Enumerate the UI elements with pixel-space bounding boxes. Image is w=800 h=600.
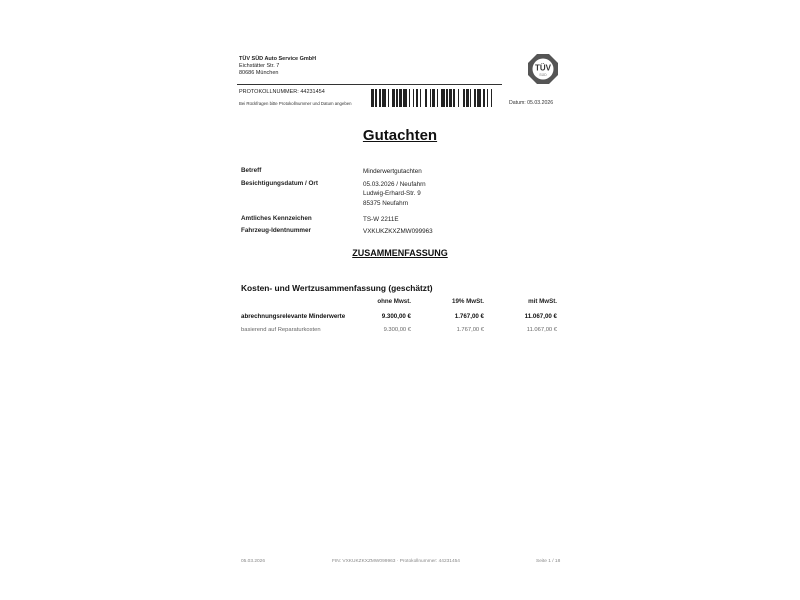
vat-value: 1.767,00 € <box>441 313 484 320</box>
footer-date: 05.03.2026 <box>241 559 265 564</box>
company-street: Eichstätter Str. 7 <box>239 63 316 70</box>
gross-value: 11.067,00 € <box>511 313 557 320</box>
col-header-vat: 19% MwSt. <box>441 298 484 305</box>
info-label: Fahrzeug-Identnummer <box>241 227 311 234</box>
logo-text: TÜV <box>535 64 552 73</box>
info-value-line: 05.03.2026 / Neufahrn <box>363 180 426 190</box>
info-label: Betreff <box>241 167 261 174</box>
summary-heading: ZUSAMMENFASSUNG <box>0 248 800 258</box>
info-value: 05.03.2026 / NeufahrnLudwig-Erhard-Str. … <box>363 180 426 209</box>
document-page: TÜV SÜD Auto Service GmbH Eichstätter St… <box>0 0 800 600</box>
info-value: TS-W 2211E <box>363 215 399 225</box>
company-address: TÜV SÜD Auto Service GmbH Eichstätter St… <box>239 56 316 78</box>
tuv-sud-logo-icon: TÜV SÜD <box>527 53 559 85</box>
row-label: abrechnungsrelevante Minderwerte <box>241 313 345 320</box>
info-label: Amtliches Kennzeichen <box>241 215 312 222</box>
col-header-net: ohne Mwst. <box>369 298 411 305</box>
vat-value: 1.767,00 € <box>441 327 484 333</box>
footer-page-number: Seite 1 / 18 <box>536 559 560 564</box>
header-divider <box>237 84 502 85</box>
logo-subtext: SÜD <box>539 73 547 77</box>
info-value-line: Minderwertgutachten <box>363 167 422 177</box>
net-value: 9.300,00 € <box>369 313 411 320</box>
cost-section-title: Kosten- und Wertzusammenfassung (geschät… <box>241 283 433 293</box>
row-label: basierend auf Reparaturkosten <box>241 327 321 333</box>
barcode <box>371 89 496 107</box>
company-city: 80686 München <box>239 70 316 77</box>
info-value-line: 85375 Neufahrn <box>363 199 426 209</box>
info-label: Besichtigungsdatum / Ort <box>241 180 318 187</box>
company-name: TÜV SÜD Auto Service GmbH <box>239 56 316 63</box>
info-value-line: VXKUKZKXZMW099963 <box>363 227 433 237</box>
info-value: Minderwertgutachten <box>363 167 422 177</box>
info-value: VXKUKZKXZMW099963 <box>363 227 433 237</box>
info-value-line: Ludwig-Erhard-Str. 9 <box>363 189 426 199</box>
net-value: 9.300,00 € <box>369 327 411 333</box>
protocol-number: PROTOKOLLNUMMER: 44231454 <box>239 89 325 95</box>
footer-reference: FIN: VXKUKZKXZMW099963 · Protokollnummer… <box>332 559 460 564</box>
info-value-line: TS-W 2211E <box>363 215 399 225</box>
inquiry-hint: Bei Rückfragen bitte Protokollnummer und… <box>239 101 352 106</box>
gross-value: 11.067,00 € <box>511 327 557 333</box>
document-date: Datum: 05.03.2026 <box>509 100 553 106</box>
col-header-gross: mit MwSt. <box>511 298 557 305</box>
document-title: Gutachten <box>0 127 800 144</box>
